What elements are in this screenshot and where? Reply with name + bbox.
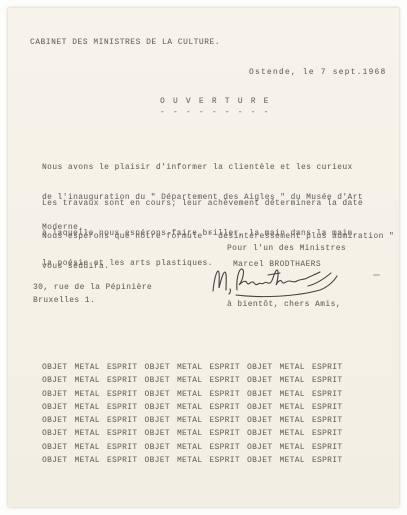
text-line: Les travaux sont en cours; leur achèveme…: [42, 199, 363, 209]
word-grid-row: OBJET METAL ESPRIT OBJET METAL ESPRIT OB…: [42, 455, 342, 468]
address-line-2: Bruxelles 1.: [33, 296, 95, 306]
word-grid: OBJET METAL ESPRIT OBJET METAL ESPRIT OB…: [42, 362, 342, 468]
word-grid-row: OBJET METAL ESPRIT OBJET METAL ESPRIT OB…: [42, 442, 342, 455]
word-grid-row: OBJET METAL ESPRIT OBJET METAL ESPRIT OB…: [42, 402, 342, 415]
word-grid-row: OBJET METAL ESPRIT OBJET METAL ESPRIT OB…: [42, 428, 342, 441]
dateline: Ostende, le 7 sept.1968: [249, 68, 387, 78]
signature-closing: à bientôt, chers Amis,: [227, 300, 341, 310]
word-grid-row: OBJET METAL ESPRIT OBJET METAL ESPRIT OB…: [42, 362, 342, 375]
pencil-mark: [373, 274, 380, 276]
signature-intro: Pour l'un des Ministres: [227, 244, 346, 254]
letterhead: CABINET DES MINISTRES DE LA CULTURE.: [30, 38, 220, 48]
text-line: Nous avons le plaisir d'informer la clie…: [42, 163, 363, 173]
scanned-letter: CABINET DES MINISTRES DE LA CULTURE. Ost…: [0, 0, 407, 515]
word-grid-row: OBJET METAL ESPRIT OBJET METAL ESPRIT OB…: [42, 389, 342, 402]
word-grid-row: OBJET METAL ESPRIT OBJET METAL ESPRIT OB…: [42, 415, 342, 428]
page-title: O U V E R T U R E: [160, 97, 270, 107]
title-underline: - - - - - - - - -: [160, 108, 270, 118]
address-line-1: 30, rue de la Pépinière: [33, 283, 152, 293]
word-grid-row: OBJET METAL ESPRIT OBJET METAL ESPRIT OB…: [42, 375, 342, 388]
text-line: Nous espérons que notre formule " désint…: [42, 232, 394, 242]
handwritten-signature: [210, 264, 346, 299]
